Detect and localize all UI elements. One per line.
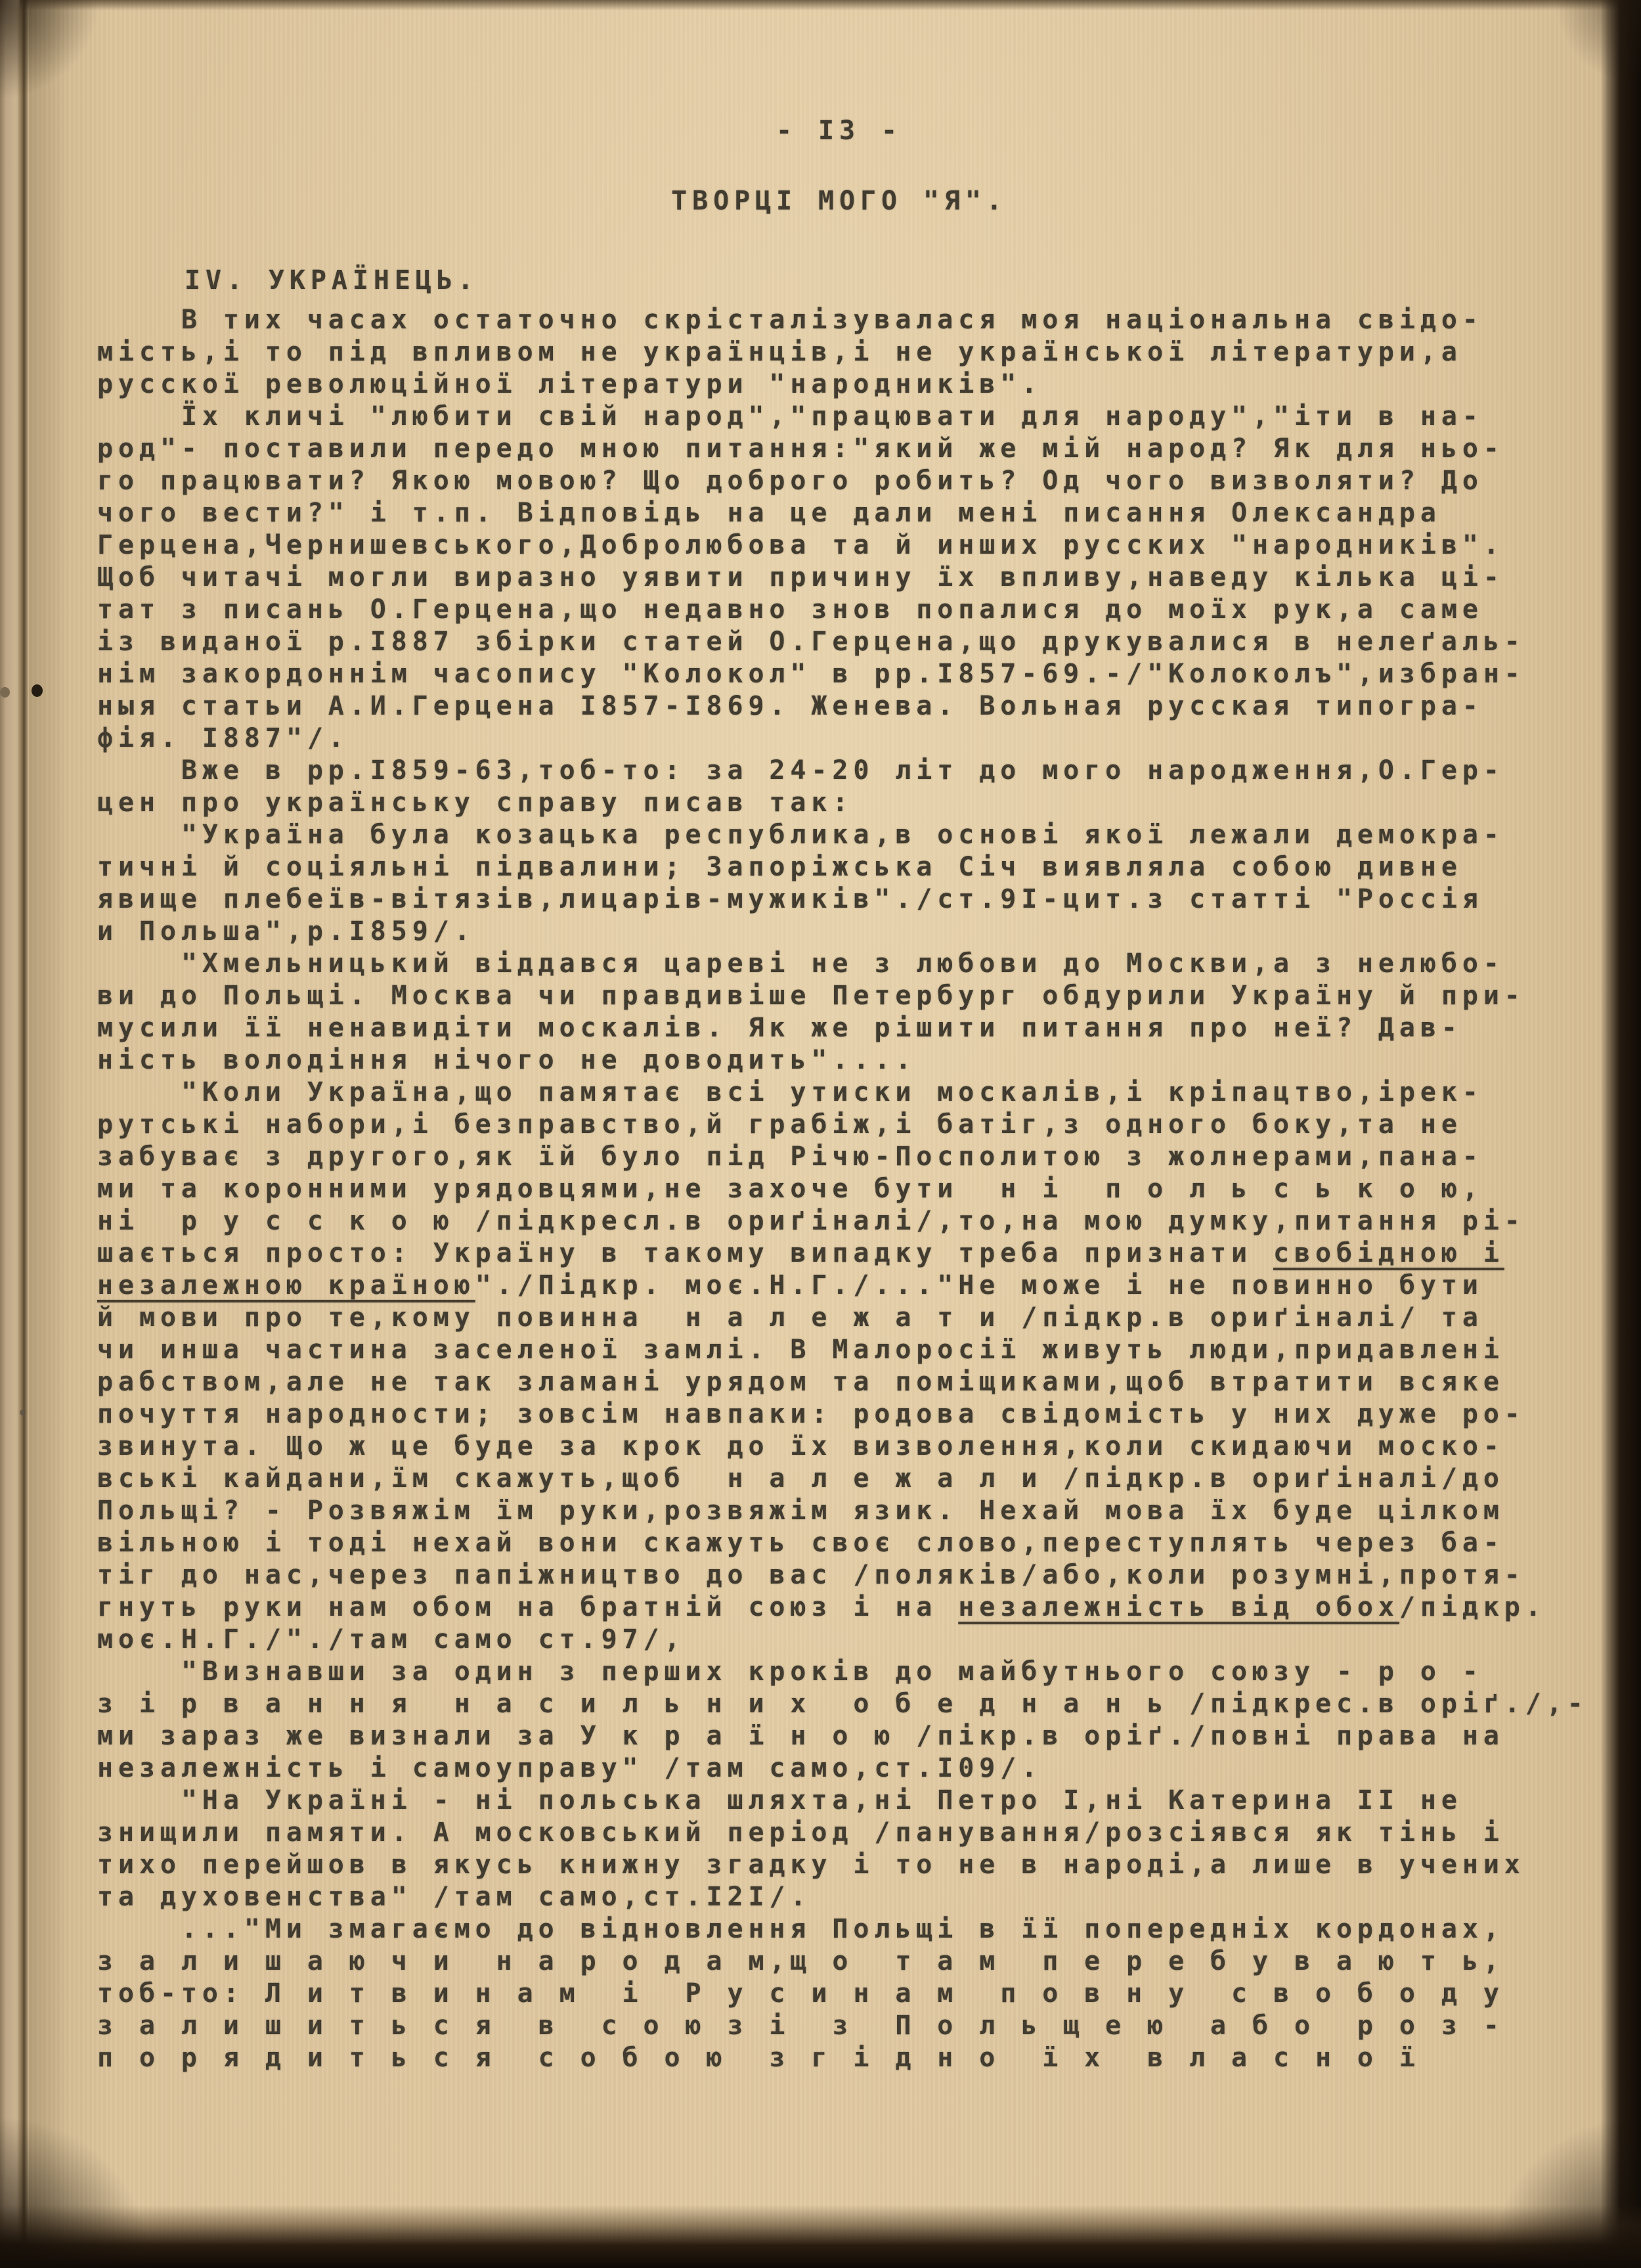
page-number: - І3 - (97, 116, 1581, 146)
paragraph-3: Вже в рр.І859-63,тоб-то: за 24-20 літ до… (97, 755, 1608, 819)
body-text: В тих часах остаточно скрісталізувалася … (97, 304, 1608, 2074)
doc-title: ТВОРЦІ МОГО "Я". (97, 186, 1581, 216)
paragraph-8: "На Україні - ні польська шляхта,ні Петр… (97, 1785, 1608, 1913)
paragraph-1: В тих часах остаточно скрісталізувалася … (97, 304, 1608, 401)
scanned-page: - І3 - ТВОРЦІ МОГО "Я". ІV. УКРАЇНЕЦЬ. В… (0, 0, 1641, 2268)
paragraph-6: "Коли Україна,що памятає всі утиски моск… (97, 1077, 1608, 1656)
paragraph-4: "Україна була козацька республика,в осно… (97, 819, 1608, 948)
page-content: - І3 - ТВОРЦІ МОГО "Я". ІV. УКРАЇНЕЦЬ. В… (0, 0, 1641, 2268)
paragraph-7: "Визнавши за один з перших кроків до май… (97, 1656, 1608, 1785)
paragraph-2: Їх кличі "любити свій народ","працювати … (97, 401, 1608, 755)
paragraph-6-text-3: "./Підкр. моє.Н.Г./..."Не може і не пови… (97, 1270, 1525, 1622)
section-heading: ІV. УКРАЇНЕЦЬ. (185, 265, 479, 296)
paragraph-9: ..."Ми змагаємо до відновлення Польщі в … (97, 1913, 1608, 2074)
underlined-phrase-2: незалежною країною (97, 1270, 475, 1301)
paragraph-5: "Хмельницький віддався цареві не з любов… (97, 948, 1608, 1077)
underlined-phrase-1: свобідною і (1273, 1238, 1504, 1268)
underlined-phrase-3: незалежність від обох (958, 1592, 1399, 1622)
